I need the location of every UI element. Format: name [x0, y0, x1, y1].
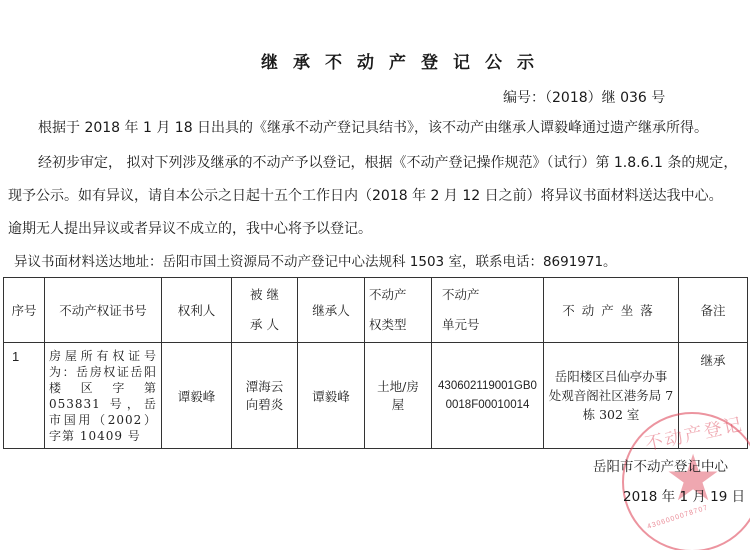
cell-seq: 1	[4, 343, 45, 449]
decedent-2: 向碧炎	[236, 396, 293, 414]
header-right-holder: 权利人	[162, 278, 232, 343]
header-heir: 继承人	[298, 278, 365, 343]
unit-no-line2: 0018F00010014	[436, 396, 539, 415]
paragraph-review-line-3: 逾期无人提出异议或者异议不成立的，我中心将予以登记。	[8, 219, 372, 239]
paragraph-basis: 根据于 2018 年 1 月 18 日出具的《继承不动产登记具结书》，该不动产由…	[38, 118, 708, 138]
location-line2: 处观音阁社区港务局 7	[548, 386, 674, 405]
cell-unit-no: 430602119001GB0 0018F00010014	[432, 343, 544, 449]
paragraph-review-line-1: 经初步审定， 拟对下列涉及继承的不动产予以登记，根据《不动产登记操作规范》（试行…	[38, 153, 737, 173]
table-header-row: 序号 不动产权证书号 权利人 被 继 承 人 继承人 不动产 权类型 不动产 单…	[4, 278, 748, 343]
objection-address: 异议书面材料送达地址：岳阳市国土资源局不动产登记中心法规科 1503 室，联系电…	[14, 250, 617, 270]
header-right-type-line2: 权类型	[369, 310, 427, 340]
paragraph-review-line-2: 现予公示。如有异议，请自本公示之日起十五个工作日内（2018 年 2 月 12 …	[8, 186, 723, 206]
header-right-type-line1: 不动产	[369, 280, 427, 310]
location-line1: 岳阳楼区吕仙亭办事	[548, 367, 674, 386]
cell-right-holder: 谭毅峰	[162, 343, 232, 449]
header-right-type: 不动产 权类型	[365, 278, 432, 343]
header-decedent-line1: 被 继	[236, 280, 293, 310]
right-type-line1: 土地/房	[369, 378, 427, 396]
cell-decedent: 潭海云 向碧炎	[232, 343, 298, 449]
cell-heir: 谭毅峰	[298, 343, 365, 449]
page-title: 继承不动产登记公示	[0, 48, 750, 73]
header-remarks: 备注	[679, 278, 748, 343]
cell-cert-no: 房屋所有权证号为：岳房权证岳阳楼区字第 053831 号，岳市国用（2002）字…	[45, 343, 162, 449]
cert-no-text: 房屋所有权证号为：岳房权证岳阳楼区字第 053831 号，岳市国用（2002）字…	[49, 349, 157, 443]
header-unit-no-line2: 单元号	[442, 310, 539, 340]
issuing-organization: 岳阳市不动产登记中心	[593, 455, 728, 475]
document-number: 编号：（2018）继 036 号	[503, 87, 665, 107]
decedent-1: 潭海云	[236, 378, 293, 396]
header-seq: 序号	[4, 278, 45, 343]
cell-right-type: 土地/房 屋	[365, 343, 432, 449]
official-seal-icon: 不动产登记 ★ 4306000078707	[622, 412, 750, 550]
table-row: 1 房屋所有权证号为：岳房权证岳阳楼区字第 053831 号，岳市国用（2002…	[4, 343, 748, 449]
header-location: 不动产坐落	[544, 278, 679, 343]
header-unit-no-line1: 不动产	[442, 280, 539, 310]
header-cert-no: 不动产权证书号	[45, 278, 162, 343]
right-type-line2: 屋	[369, 396, 427, 414]
header-unit-no: 不动产 单元号	[432, 278, 544, 343]
header-decedent-line2: 承 人	[236, 310, 293, 340]
issue-date: 2018 年 1 月 19 日	[623, 485, 745, 505]
header-decedent: 被 继 承 人	[232, 278, 298, 343]
unit-no-line1: 430602119001GB0	[436, 377, 539, 396]
registration-table: 序号 不动产权证书号 权利人 被 继 承 人 继承人 不动产 权类型 不动产 单…	[3, 277, 748, 449]
